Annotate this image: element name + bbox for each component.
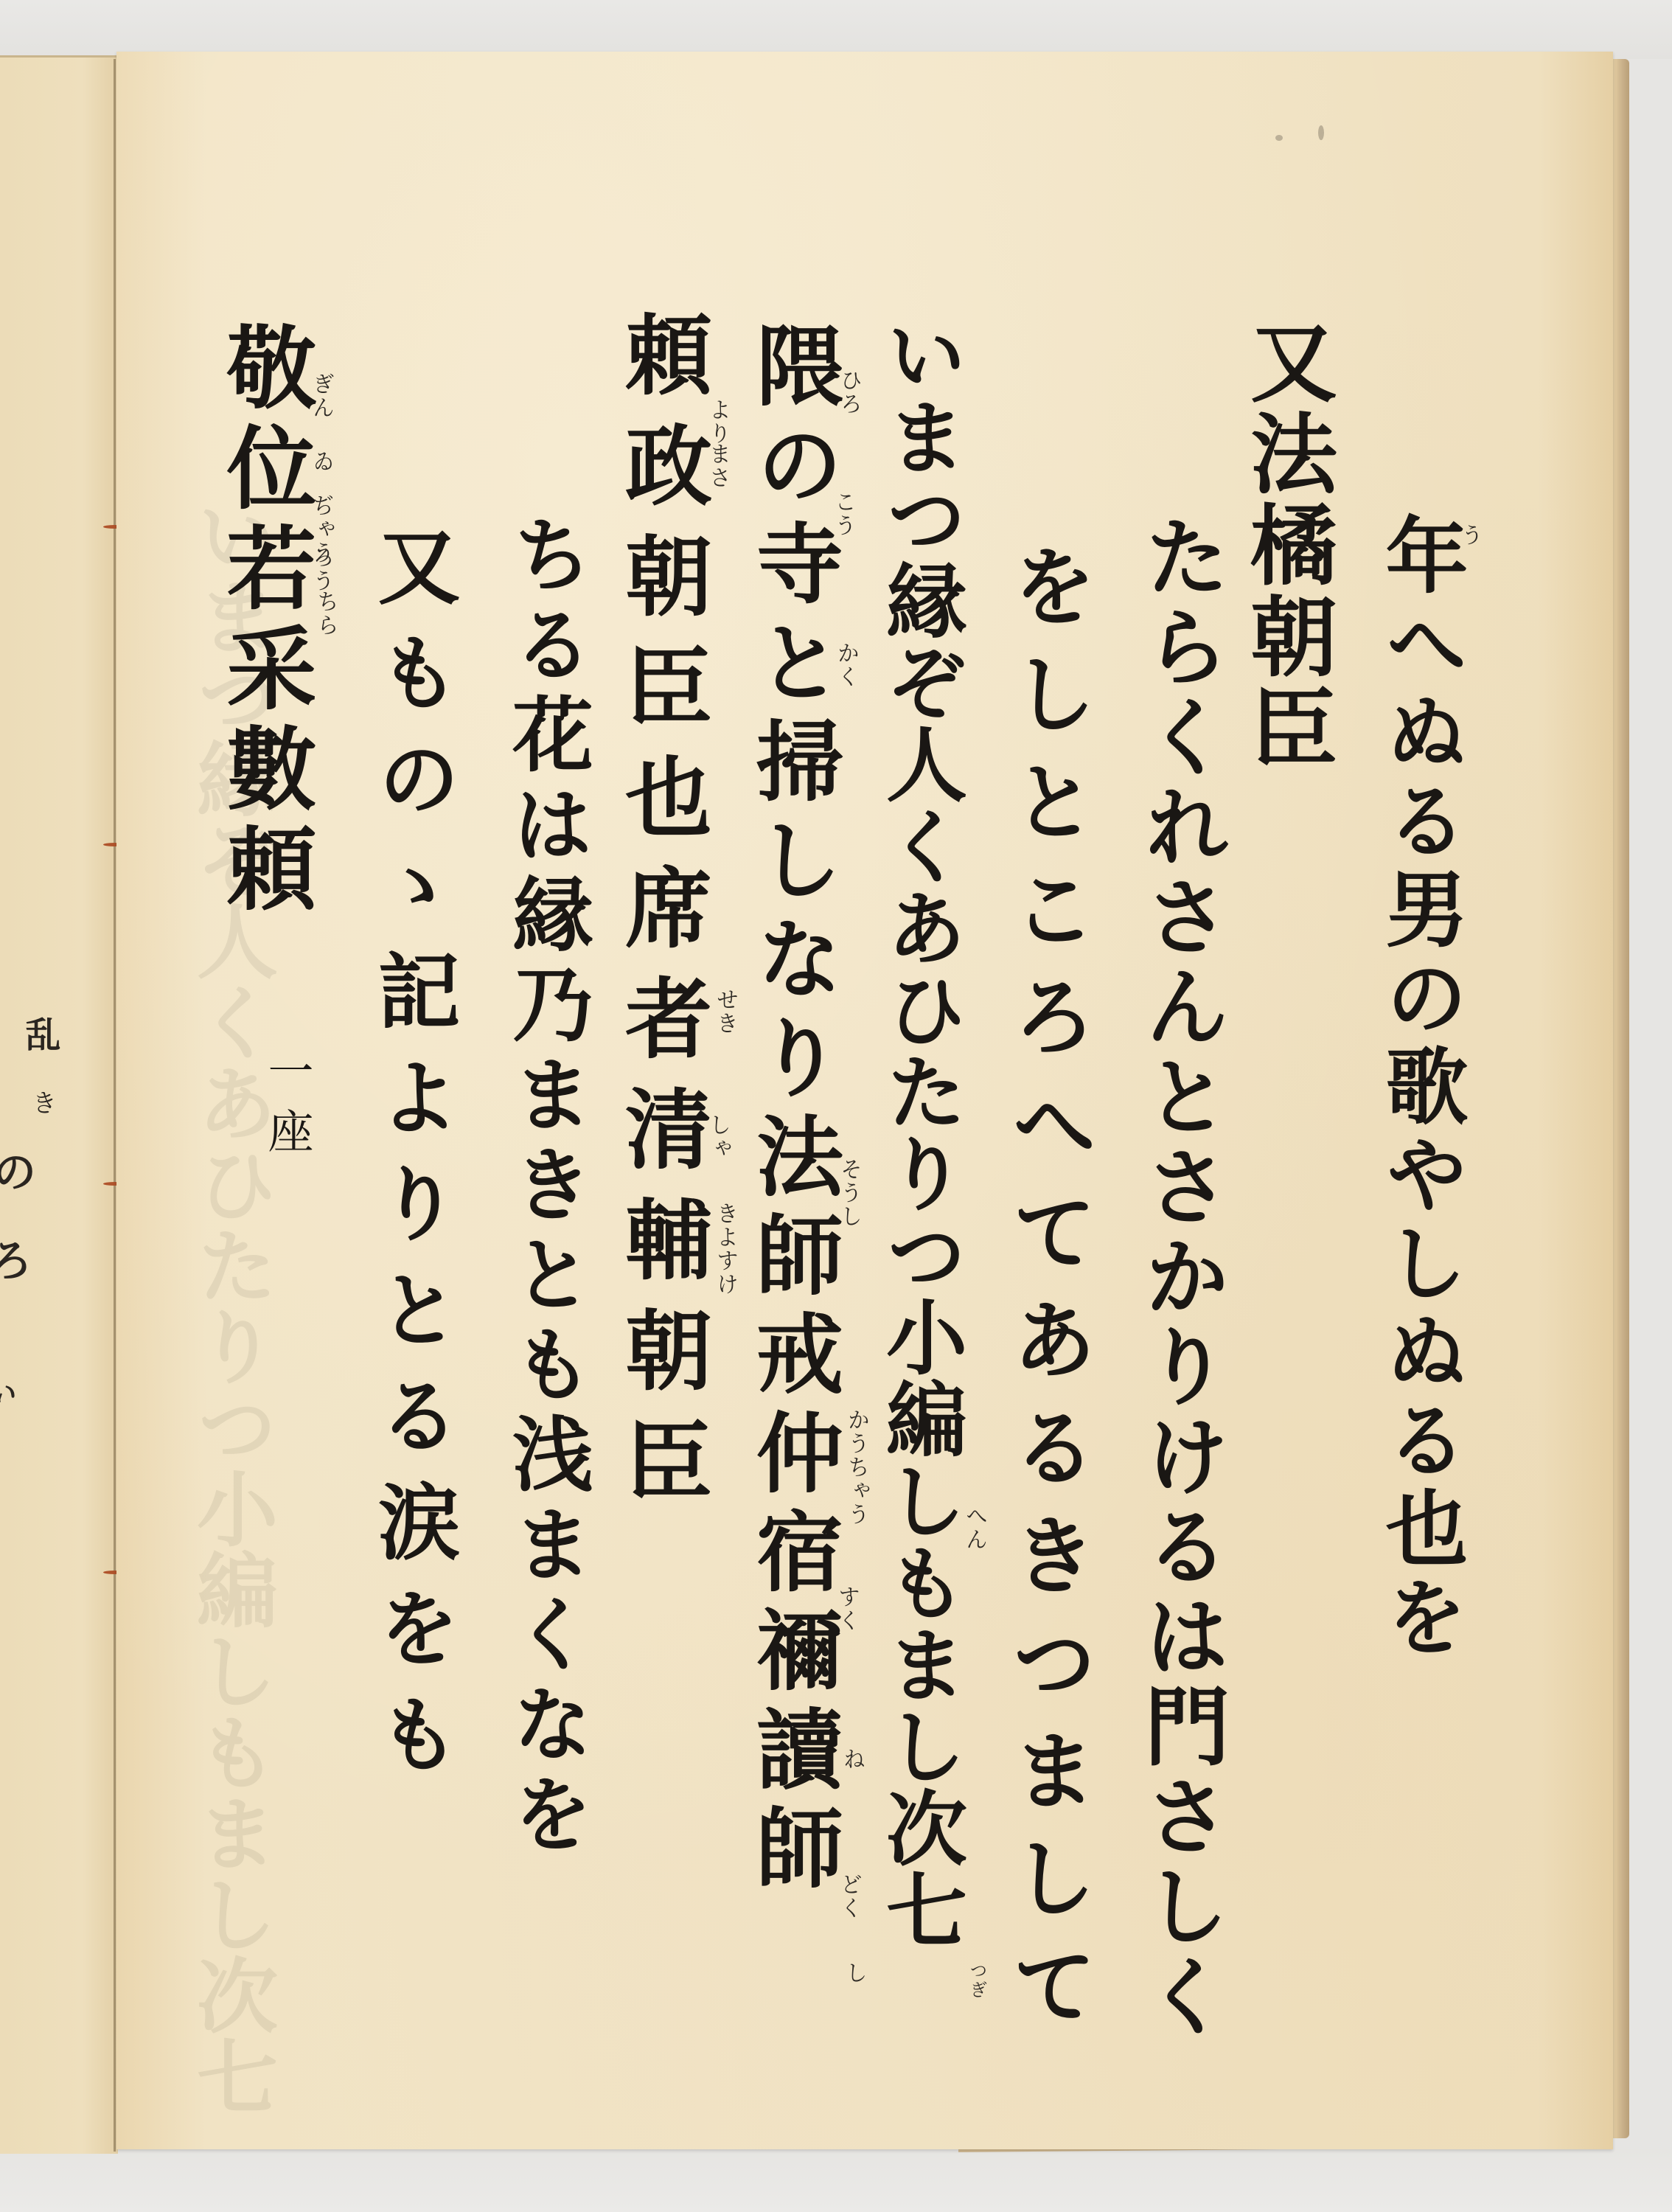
furigana: ちら <box>314 590 336 637</box>
furigana: ね <box>840 1747 863 1771</box>
furigana: こう <box>832 490 854 538</box>
ink-smudge <box>1318 125 1324 140</box>
text-column-4: をしところへてあるきつまして <box>1005 542 1090 2049</box>
left-page-fragment: の <box>0 1149 33 1193</box>
annotation-ichiza: 一座 <box>264 1047 310 1168</box>
furigana: う <box>1458 524 1480 547</box>
text-column-1: 年へぬる男の歌やしぬる也を <box>1379 512 1461 1663</box>
binding-gutter <box>114 59 116 2152</box>
furigana: かうちゃう <box>845 1408 867 1526</box>
left-page: 乱 き の ろ い <box>0 55 118 2154</box>
furigana: つぎ <box>968 1961 986 2000</box>
furigana: ろう <box>310 546 332 593</box>
furigana: より <box>706 398 728 445</box>
furigana: ゐ <box>310 450 332 473</box>
furigana: きよすけ <box>714 1202 736 1296</box>
furigana: そうし <box>837 1158 860 1228</box>
furigana: どく <box>837 1873 860 1920</box>
text-column-10: 敬位若采數頼 <box>220 321 310 922</box>
text-column-7: 頼政朝臣也席者清輔朝臣 <box>618 310 705 1526</box>
text-column-2-heading: 又法橘朝臣 <box>1243 317 1330 774</box>
text-column-9: 又ものゝ記よりとる涙をも <box>371 524 453 1798</box>
backdrop-top <box>0 0 1672 59</box>
text-column-6: 隈の寺と掃しなり法師戒仲宿禰讀師 <box>749 321 836 1902</box>
furigana: かく <box>835 641 857 689</box>
ink-smudge <box>1275 135 1283 141</box>
text-column-8: ちる花は縁乃まきとも浅まくなを <box>506 512 587 1862</box>
furigana: ひろ <box>837 369 860 416</box>
text-column-3: たらくれさんとさかりけるは門さしく <box>1138 512 1223 2042</box>
furigana: ぎん <box>310 372 332 420</box>
furigana: し <box>843 1961 865 1985</box>
furigana: すく <box>835 1585 857 1632</box>
manuscript-page: いまつ縁ぞ人くあひたりつ小編しもまし次七 年へぬる男の歌やしぬる也を う 又法橘… <box>116 52 1613 2149</box>
furigana: まさ <box>706 442 728 490</box>
left-page-fragment: 乱 <box>22 1016 58 1051</box>
left-page-fragment: き <box>29 1090 55 1115</box>
furigana: せき <box>714 988 736 1035</box>
left-page-fragment: い <box>0 1377 15 1407</box>
backdrop-bottom <box>0 2149 1672 2212</box>
furigana: へん <box>963 1504 985 1551</box>
left-page-fragment: ろ <box>0 1237 29 1281</box>
furigana: しゃ <box>706 1113 728 1161</box>
text-column-5: いまつ縁ぞ人くあひたりつ小編しもまし次七 <box>879 313 961 1950</box>
